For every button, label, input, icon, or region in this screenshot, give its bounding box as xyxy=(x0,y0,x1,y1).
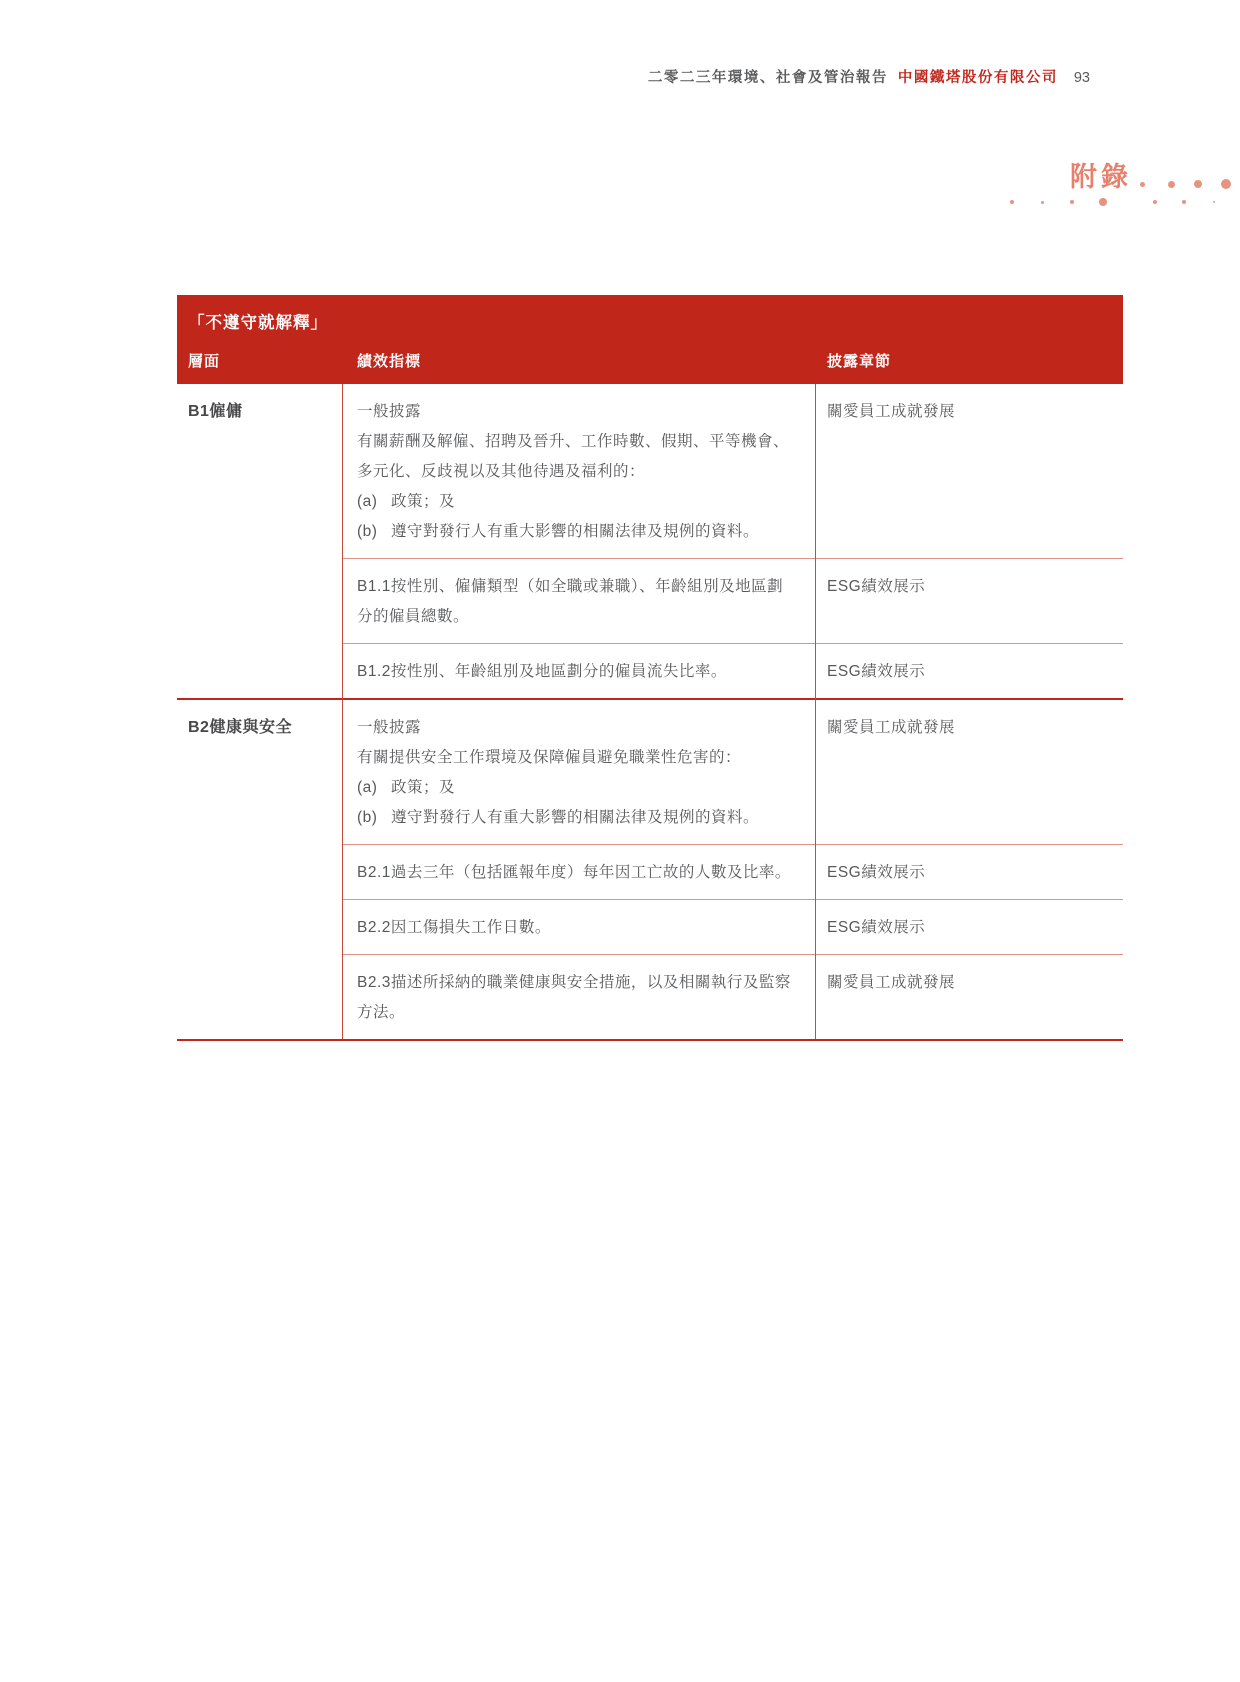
column-divider-2 xyxy=(815,384,816,1039)
list-item-text: 遵守對發行人有重大影響的相關法律及規例的資料。 xyxy=(391,803,797,833)
aspect-cell: B2健康與安全 xyxy=(177,700,342,1039)
dot-decoration xyxy=(1194,180,1202,188)
disclosure-chapter-cell: 關愛員工成就發展 xyxy=(815,700,1123,844)
table-row: B2.2因工傷損失工作日數。ESG績效展示 xyxy=(342,899,1123,954)
list-item-marker: (b) xyxy=(357,517,391,547)
table-row: 一般披露有關薪酬及解僱、招聘及晉升、工作時數、假期、平等機會、多元化、反歧視以及… xyxy=(342,384,1123,558)
table-body: B1僱傭一般披露有關薪酬及解僱、招聘及晉升、工作時數、假期、平等機會、多元化、反… xyxy=(177,384,1123,1041)
list-item-marker: (b) xyxy=(357,803,391,833)
list-item: (b)遵守對發行人有重大影響的相關法律及規例的資料。 xyxy=(357,517,797,547)
general-disclosure-heading: 一般披露 xyxy=(357,397,797,427)
list-item: (b)遵守對發行人有重大影響的相關法律及規例的資料。 xyxy=(357,803,797,833)
kpi-cell: B2.2因工傷損失工作日數。 xyxy=(342,900,815,954)
column-header-disclosure: 披露章節 xyxy=(815,350,1123,371)
list-item-marker: (a) xyxy=(357,773,391,803)
dot-decoration xyxy=(1221,179,1231,189)
section-rows: 一般披露有關薪酬及解僱、招聘及晉升、工作時數、假期、平等機會、多元化、反歧視以及… xyxy=(342,384,1123,698)
kpi-cell: B1.2按性別、年齡組別及地區劃分的僱員流失比率。 xyxy=(342,644,815,698)
general-disclosure-cell: 一般披露有關薪酬及解僱、招聘及晉升、工作時數、假期、平等機會、多元化、反歧視以及… xyxy=(342,384,815,558)
kpi-text: B2.2因工傷損失工作日數。 xyxy=(357,913,797,943)
general-disclosure-intro: 有關提供安全工作環境及保障僱員避免職業性危害的： xyxy=(357,743,797,773)
dot-decoration xyxy=(1099,198,1107,206)
page-number: 93 xyxy=(1074,70,1090,86)
table-row: B1.1按性別、僱傭類型（如全職或兼職）、年齡組別及地區劃分的僱員總數。ESG績… xyxy=(342,558,1123,643)
appendix-title: 附錄 xyxy=(1070,155,1132,194)
column-divider-1 xyxy=(342,384,343,1039)
dot-decoration xyxy=(1140,182,1145,187)
aspect-cell: B1僱傭 xyxy=(177,384,342,698)
company-name: 中國鐵塔股份有限公司 xyxy=(898,70,1058,86)
report-title: 二零二三年環境、社會及管治報告 xyxy=(648,70,888,86)
table-section: B1僱傭一般披露有關薪酬及解僱、招聘及晉升、工作時數、假期、平等機會、多元化、反… xyxy=(177,384,1123,698)
disclosure-chapter-cell: ESG績效展示 xyxy=(815,559,1123,643)
list-item-marker: (a) xyxy=(357,487,391,517)
kpi-text: B1.2按性別、年齡組別及地區劃分的僱員流失比率。 xyxy=(357,657,797,687)
kpi-text: B1.1按性別、僱傭類型（如全職或兼職）、年齡組別及地區劃分的僱員總數。 xyxy=(357,572,797,632)
table-header: 「不遵守就解釋」 層面 績效指標 披露章節 xyxy=(177,295,1123,384)
dot-decoration xyxy=(1041,201,1044,204)
dot-decoration xyxy=(1153,200,1157,204)
kpi-cell: B1.1按性別、僱傭類型（如全職或兼職）、年齡組別及地區劃分的僱員總數。 xyxy=(342,559,815,643)
disclosure-chapter-cell: ESG績效展示 xyxy=(815,845,1123,899)
kpi-text: B2.1過去三年（包括匯報年度）每年因工亡故的人數及比率。 xyxy=(357,858,797,888)
list-item: (a)政策；及 xyxy=(357,487,797,517)
kpi-cell: B2.1過去三年（包括匯報年度）每年因工亡故的人數及比率。 xyxy=(342,845,815,899)
column-headers: 層面 績效指標 披露章節 xyxy=(177,350,1123,371)
list-item-text: 政策；及 xyxy=(391,773,797,803)
table-section: B2健康與安全一般披露有關提供安全工作環境及保障僱員避免職業性危害的：(a)政策… xyxy=(177,698,1123,1039)
table-row: B2.1過去三年（包括匯報年度）每年因工亡故的人數及比率。ESG績效展示 xyxy=(342,844,1123,899)
section-rows: 一般披露有關提供安全工作環境及保障僱員避免職業性危害的：(a)政策；及(b)遵守… xyxy=(342,700,1123,1039)
esg-index-table: 「不遵守就解釋」 層面 績效指標 披露章節 B1僱傭一般披露有關薪酬及解僱、招聘… xyxy=(177,295,1123,1041)
table-row: 一般披露有關提供安全工作環境及保障僱員避免職業性危害的：(a)政策；及(b)遵守… xyxy=(342,700,1123,844)
general-disclosure-heading: 一般披露 xyxy=(357,713,797,743)
kpi-text: B2.3描述所採納的職業健康與安全措施，以及相關執行及監察方法。 xyxy=(357,968,797,1028)
table-row: B2.3描述所採納的職業健康與安全措施，以及相關執行及監察方法。關愛員工成就發展 xyxy=(342,954,1123,1039)
dot-decoration xyxy=(1213,201,1215,203)
dot-decoration xyxy=(1010,200,1014,204)
column-header-kpi: 績效指標 xyxy=(342,350,815,371)
list-item-text: 遵守對發行人有重大影響的相關法律及規例的資料。 xyxy=(391,517,797,547)
general-disclosure-intro: 有關薪酬及解僱、招聘及晉升、工作時數、假期、平等機會、多元化、反歧視以及其他待遇… xyxy=(357,427,797,487)
dot-decoration xyxy=(1182,200,1187,205)
disclosure-chapter-cell: ESG績效展示 xyxy=(815,644,1123,698)
table-row: B1.2按性別、年齡組別及地區劃分的僱員流失比率。ESG績效展示 xyxy=(342,643,1123,698)
column-header-aspect: 層面 xyxy=(177,350,342,371)
list-item-text: 政策；及 xyxy=(391,487,797,517)
dot-decoration xyxy=(1070,200,1074,204)
disclosure-chapter-cell: 關愛員工成就發展 xyxy=(815,955,1123,1039)
table-title: 「不遵守就解釋」 xyxy=(188,309,1123,333)
page-header: 二零二三年環境、社會及管治報告中國鐵塔股份有限公司93 xyxy=(648,66,1090,87)
dot-decoration xyxy=(1168,181,1175,188)
general-disclosure-cell: 一般披露有關提供安全工作環境及保障僱員避免職業性危害的：(a)政策；及(b)遵守… xyxy=(342,700,815,844)
table-sections: B1僱傭一般披露有關薪酬及解僱、招聘及晉升、工作時數、假期、平等機會、多元化、反… xyxy=(177,384,1123,1039)
list-item: (a)政策；及 xyxy=(357,773,797,803)
disclosure-chapter-cell: ESG績效展示 xyxy=(815,900,1123,954)
disclosure-chapter-cell: 關愛員工成就發展 xyxy=(815,384,1123,558)
kpi-cell: B2.3描述所採納的職業健康與安全措施，以及相關執行及監察方法。 xyxy=(342,955,815,1039)
